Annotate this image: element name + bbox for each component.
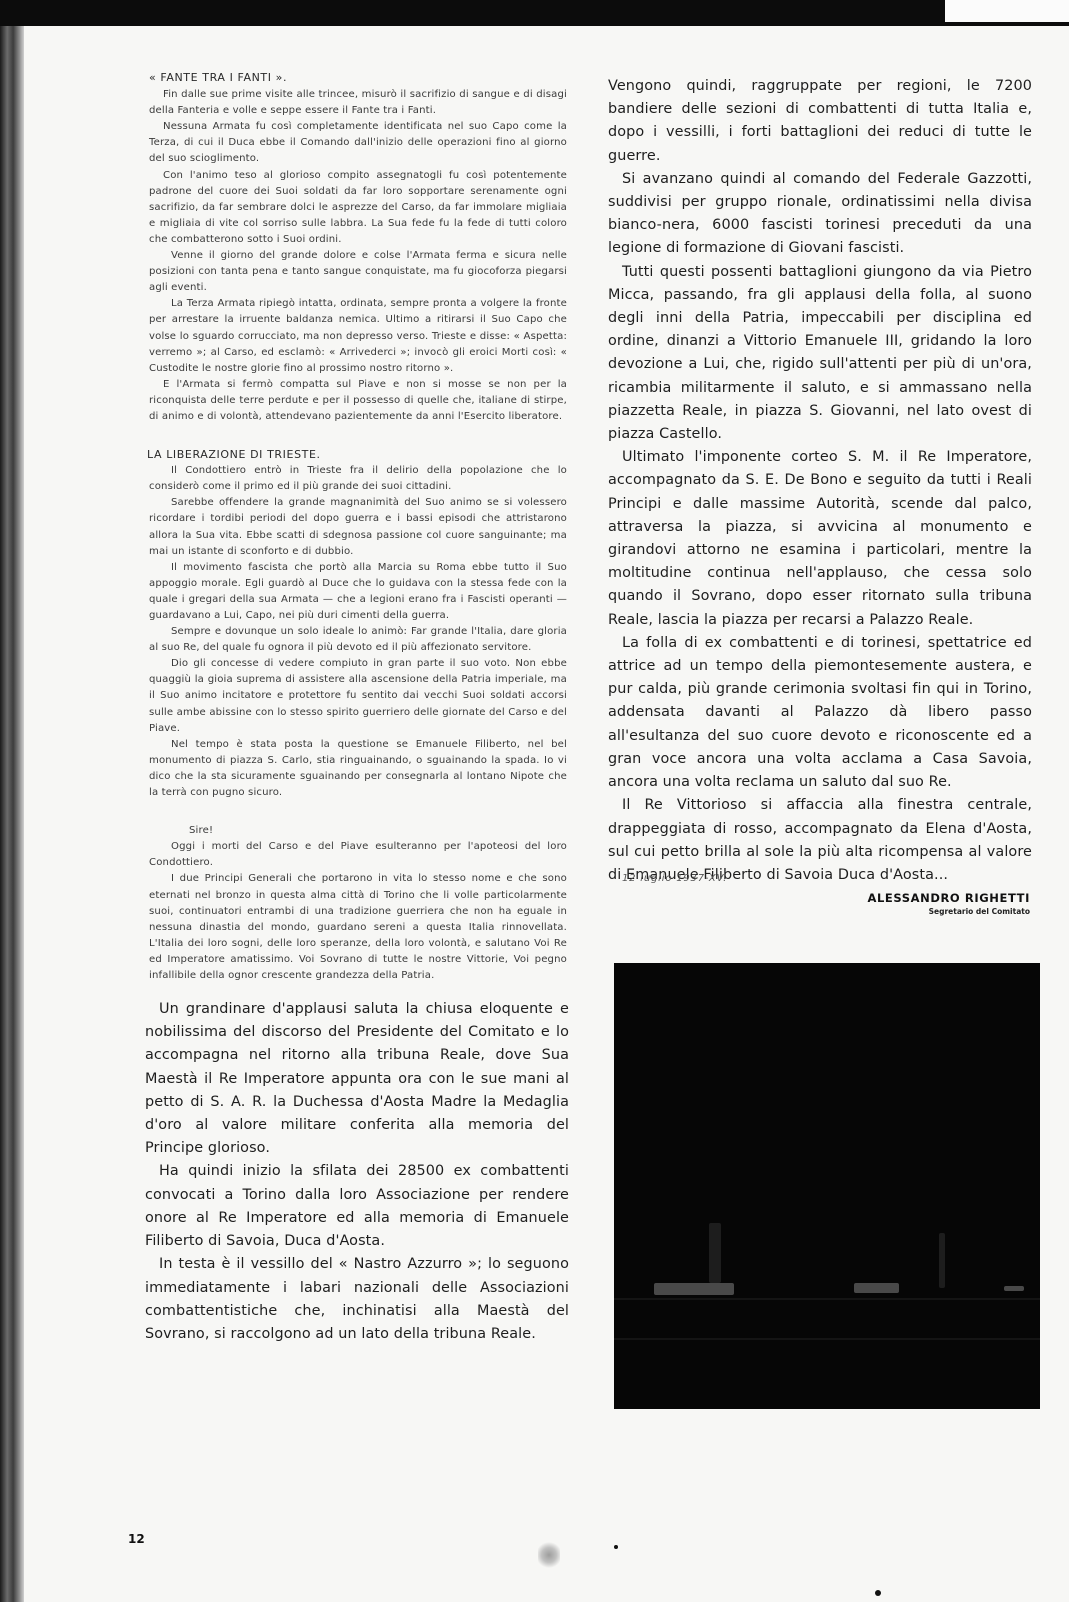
signature-block: ALESSANDRO RIGHETTI Segretario del Comit… [830, 891, 1030, 916]
photo-highlight [854, 1283, 899, 1293]
report-text-left: Un grandinare d'applausi saluta la chius… [145, 998, 569, 1346]
print-speck [614, 1545, 618, 1549]
paragraph: Oggi i morti del Carso e del Piave esult… [149, 839, 567, 871]
paragraph: Fin dalle sue prime visite alle trincee,… [149, 87, 567, 119]
speech-text: « FANTE TRA I FANTI ». Fin dalle sue pri… [149, 70, 567, 984]
paragraph: Venne il giorno del grande dolore e cols… [149, 248, 567, 296]
paragraph: La Terza Armata ripiegò intatta, ordinat… [149, 296, 567, 376]
photo-horizon-line [614, 1298, 1040, 1300]
page-number: 12 [128, 1532, 145, 1546]
paragraph: E l'Armata si fermò compatta sul Piave e… [149, 377, 567, 425]
print-speck [875, 1590, 881, 1596]
paragraph: Nel tempo è stata posta la questione se … [149, 737, 567, 801]
dateline: 12 luglio 1937-XV. [622, 873, 727, 884]
photo-highlight [939, 1233, 945, 1288]
paragraph: In testa è il vessillo del « Nastro Azzu… [145, 1253, 569, 1346]
author-role: Segretario del Comitato [830, 907, 1030, 916]
paragraph: Sarebbe offendere la grande magnanimità … [149, 495, 567, 559]
photo-highlight [1004, 1286, 1024, 1291]
paragraph: Con l'animo teso al glorioso compito ass… [149, 168, 567, 248]
author-name: ALESSANDRO RIGHETTI [830, 891, 1030, 905]
paragraph: Il Condottiero entrò in Trieste fra il d… [149, 463, 567, 495]
paragraph: Ha quindi inizio la sfilata dei 28500 ex… [145, 1160, 569, 1253]
left-column: « FANTE TRA I FANTI ». Fin dalle sue pri… [149, 70, 567, 1346]
photo-highlight [709, 1223, 721, 1283]
paragraph: Vengono quindi, raggruppate per regioni,… [608, 75, 1032, 168]
paragraph: Sempre e dovunque un solo ideale lo anim… [149, 624, 567, 656]
top-scan-gap [945, 0, 1069, 22]
salutation-sire: Sire! [149, 823, 567, 839]
section-heading-fante: « FANTE TRA I FANTI ». [149, 70, 567, 86]
paragraph: Ultimato l'imponente corteo S. M. il Re … [608, 446, 1032, 632]
paragraph: La folla di ex combattenti e di torinesi… [608, 632, 1032, 794]
paragraph: Un grandinare d'applausi saluta la chius… [145, 998, 569, 1160]
paragraph: Dio gli concesse di vedere compiuto in g… [149, 656, 567, 736]
right-column: Vengono quindi, raggruppate per regioni,… [608, 75, 1032, 887]
top-scan-border [0, 0, 1069, 26]
page-binding-edge [0, 0, 24, 1602]
paragraph: I due Principi Generali che portarono in… [149, 871, 567, 984]
paragraph: Tutti questi possenti battaglioni giungo… [608, 261, 1032, 447]
photo-highlight [654, 1283, 734, 1295]
photo-ground-line [614, 1338, 1040, 1340]
paragraph: Si avanzano quindi al comando del Federa… [608, 168, 1032, 261]
paragraph: Il movimento fascista che portò alla Mar… [149, 560, 567, 624]
paragraph: Nessuna Armata fu così completamente ide… [149, 119, 567, 167]
dark-photograph [614, 963, 1040, 1409]
print-smudge [538, 1540, 560, 1570]
section-heading-trieste: LA LIBERAZIONE DI TRIESTE. [149, 447, 567, 463]
